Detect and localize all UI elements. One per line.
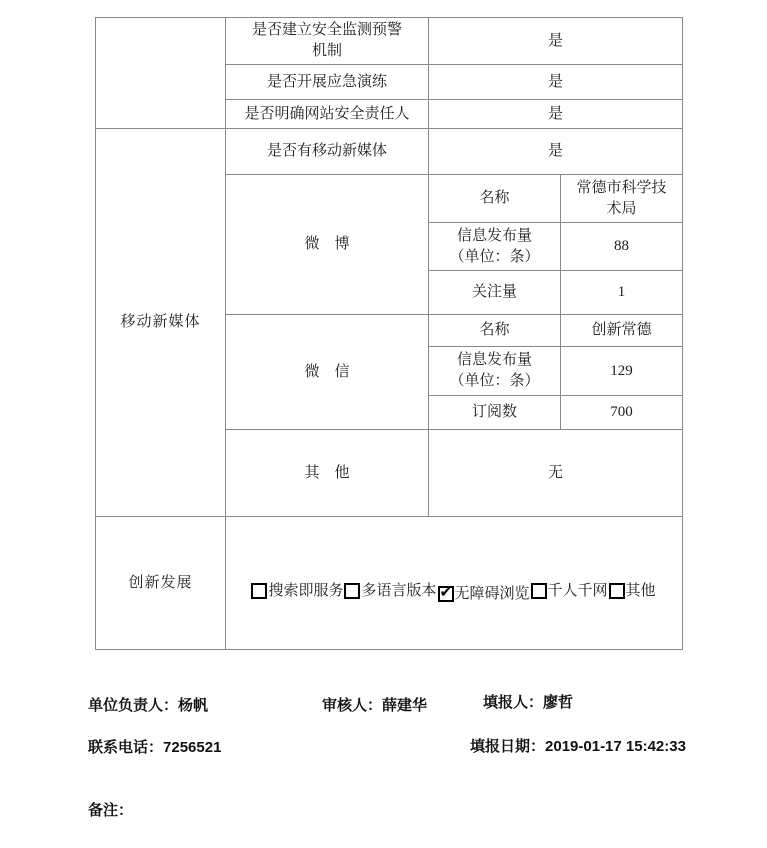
checkbox-label: 无障碍浏览 <box>455 584 530 605</box>
weibo-name-label: 名称 <box>429 175 561 223</box>
weibo-group-cell: 微 博 <box>226 175 429 315</box>
security-q1-label: 是否建立安全监测预警 机制 <box>226 18 429 65</box>
checkbox-label: 多语言版本 <box>361 581 436 602</box>
other-media-label: 其 他 <box>226 430 429 517</box>
wechat-group-cell: 微 信 <box>226 315 429 430</box>
checkbox-label: 其他 <box>626 581 656 602</box>
checkbox-icon[interactable] <box>531 583 547 599</box>
checkbox-item-other[interactable]: 其他 <box>609 581 657 602</box>
checkbox-label: 千人千网 <box>548 581 608 602</box>
checkbox-checked-icon[interactable]: ✔ <box>438 586 454 602</box>
reviewer-field: 审核人：薛建华 <box>322 694 427 715</box>
group-cell-continued <box>96 18 226 129</box>
checkbox-item-multilingual[interactable]: 多语言版本 <box>344 581 437 602</box>
filler-value: 廖哲 <box>543 694 573 711</box>
reviewer-value: 薛建华 <box>382 697 427 714</box>
filler-field: 填报人：廖哲 <box>483 691 573 712</box>
checkbox-label: 搜索即服务 <box>268 581 343 602</box>
security-q1-value: 是 <box>429 18 683 65</box>
weibo-posts-value: 88 <box>561 223 683 271</box>
weibo-followers-value: 1 <box>561 271 683 315</box>
checkbox-icon[interactable] <box>344 583 360 599</box>
security-q3-value: 是 <box>429 100 683 129</box>
weibo-name-value: 常德市科学技 术局 <box>561 175 683 223</box>
other-media-value: 无 <box>429 430 683 517</box>
innovation-options-cell: 搜索即服务 多语言版本 ✔ 无障碍浏览 千人千网 其他 <box>226 517 683 650</box>
weibo-posts-label: 信息发布量 （单位：条） <box>429 223 561 271</box>
checkbox-item-thousand-people-thousand-sites[interactable]: 千人千网 <box>531 581 609 602</box>
unit-head-field: 单位负责人：杨帆 <box>88 694 208 715</box>
checkbox-icon[interactable] <box>251 583 267 599</box>
security-q3-label: 是否明确网站安全责任人 <box>226 100 429 129</box>
annual-report-table: 是否建立安全监测预警 机制 是 是否开展应急演练 是 是否明确网站安全责任人 是… <box>95 17 683 650</box>
checkbox-item-search-as-service[interactable]: 搜索即服务 <box>251 581 344 602</box>
group-cell-mobile-media: 移动新媒体 <box>96 129 226 517</box>
checkbox-item-accessibility[interactable]: ✔ 无障碍浏览 <box>438 584 531 605</box>
unit-head-label: 单位负责人： <box>88 697 178 714</box>
wechat-posts-value: 129 <box>561 347 683 396</box>
security-q2-value: 是 <box>429 65 683 100</box>
remark-label: 备注： <box>88 802 133 819</box>
phone-field: 联系电话：7256521 <box>88 736 221 757</box>
has-mobile-value: 是 <box>429 129 683 175</box>
report-date-field: 填报日期：2019-01-17 15:42:33 <box>470 735 686 756</box>
report-date-label: 填报日期： <box>470 738 545 755</box>
unit-head-value: 杨帆 <box>178 697 208 714</box>
weibo-followers-label: 关注量 <box>429 271 561 315</box>
wechat-posts-label: 信息发布量 （单位：条） <box>429 347 561 396</box>
report-date-value: 2019-01-17 15:42:33 <box>545 738 686 755</box>
report-page: 是否建立安全监测预警 机制 是 是否开展应急演练 是 是否明确网站安全责任人 是… <box>0 0 767 848</box>
remark-field: 备注： <box>88 799 133 820</box>
group-cell-innovation: 创新发展 <box>96 517 226 650</box>
phone-label: 联系电话： <box>88 739 163 756</box>
wechat-name-label: 名称 <box>429 315 561 347</box>
reviewer-label: 审核人： <box>322 697 382 714</box>
phone-value: 7256521 <box>163 739 221 756</box>
has-mobile-label: 是否有移动新媒体 <box>226 129 429 175</box>
wechat-subscribers-value: 700 <box>561 396 683 430</box>
wechat-name-value: 创新常德 <box>561 315 683 347</box>
checkbox-icon[interactable] <box>609 583 625 599</box>
filler-label: 填报人： <box>483 694 543 711</box>
wechat-subscribers-label: 订阅数 <box>429 396 561 430</box>
security-q2-label: 是否开展应急演练 <box>226 65 429 100</box>
